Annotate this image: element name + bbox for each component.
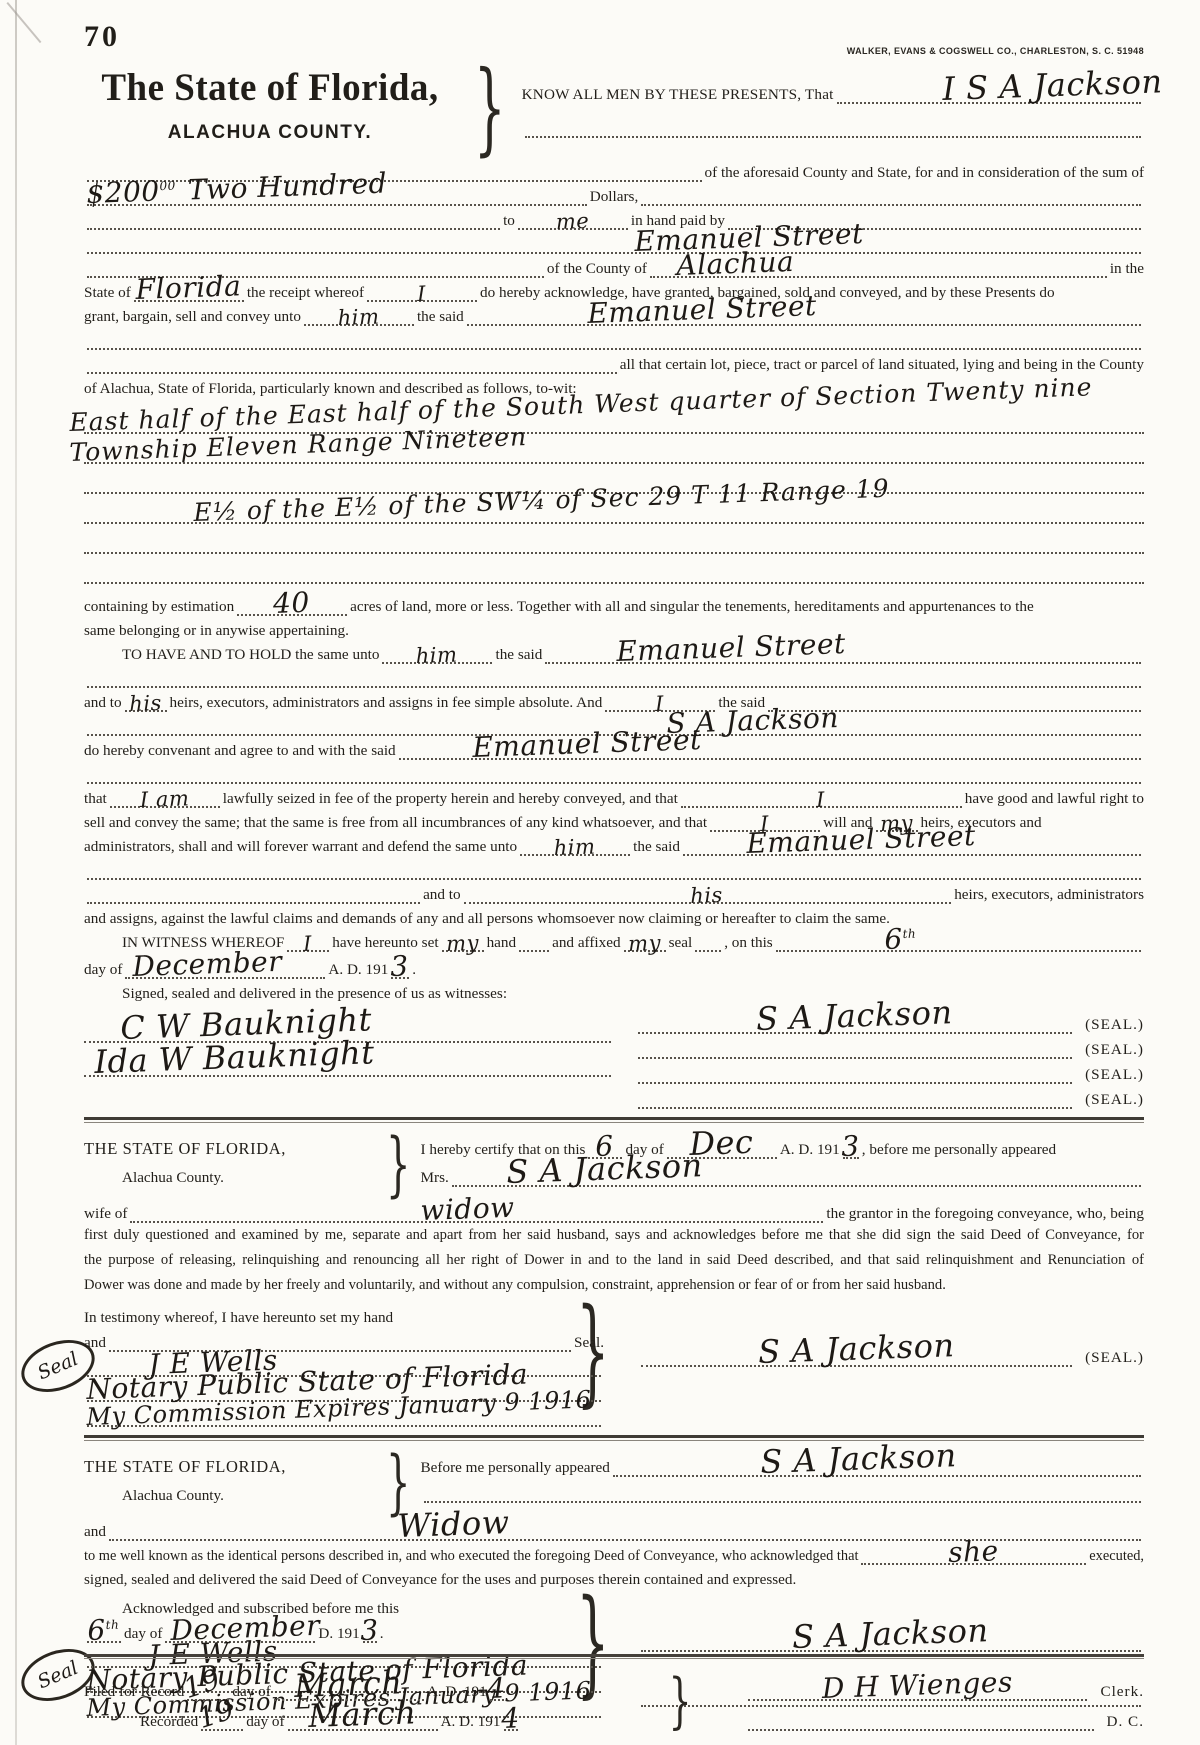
ack-county-label: Alachua County. <box>122 1487 376 1505</box>
belonging-text: same belonging or in anywise appertainin… <box>84 621 349 640</box>
line-known: to me well known as the identical person… <box>84 1541 1144 1565</box>
seal-lines: S A Jackson (SEAL.) (SEAL.) (SEAL.) (SEA… <box>635 1009 1144 1109</box>
dotted-blank: S A Jackson <box>641 1647 1141 1652</box>
seal-circle-text-hw: Seal <box>35 1348 82 1385</box>
deputy-row: D. C. <box>745 1701 1144 1731</box>
acres-hw: 40 <box>273 586 311 620</box>
line-seized: that I am lawfully seized in fee of the … <box>84 784 1144 808</box>
receipt-label: the receipt whereof <box>247 283 364 302</box>
seal-row: S A Jackson (SEAL.) <box>638 1342 1144 1367</box>
opening-clause: KNOW ALL MEN BY THESE PRESENTS, That <box>522 85 834 104</box>
seal-tag: (SEAL.) <box>1075 1349 1144 1367</box>
warrant-text: administrators, shall and will forever w… <box>84 837 517 856</box>
containing-label: containing by estimation <box>84 597 234 616</box>
county-of-label: of the County of <box>547 259 647 278</box>
grantor-name-hw: I S A Jackson <box>942 62 1163 108</box>
mrs-name-hw: S A Jackson <box>506 1146 704 1191</box>
period: . <box>380 1624 384 1643</box>
seal-label: seal <box>669 933 693 952</box>
year-hw: 3 <box>359 1613 378 1647</box>
ack-county-label: Alachua County. <box>122 1169 376 1187</box>
known-text: to me well known as the identical person… <box>84 1547 858 1565</box>
to-label: to <box>503 211 515 230</box>
ad-label: A. D. 191 <box>780 1140 840 1159</box>
executed-label: executed, <box>1089 1547 1144 1565</box>
amount-number-hw: $200 <box>86 174 160 210</box>
record-brace: } <box>668 1671 691 1731</box>
day-of-label: day of <box>246 1712 284 1731</box>
ad-label: A. D. 191 <box>441 1712 501 1731</box>
she-hw: she <box>947 1534 999 1569</box>
month-hw: December <box>132 945 283 983</box>
ack-venue: THE STATE OF FLORIDA, Alachua County. <box>84 1447 376 1517</box>
aforesaid-text: of the aforesaid County and State, for a… <box>705 163 1144 182</box>
appeared-name-hw: S A Jackson <box>759 1436 957 1481</box>
before-label: , before me personally appeared <box>862 1140 1056 1159</box>
masthead-opening: KNOW ALL MEN BY THESE PRESENTS, That I S… <box>522 58 1144 158</box>
line-payer: Emanuel Street <box>84 230 1144 254</box>
covenant-text: do hereby convenant and agree to and wit… <box>84 741 396 760</box>
day-of-label: day of <box>84 960 122 979</box>
witness-signatures: C W Bauknight Ida W Bauknight <box>84 1009 635 1109</box>
filed-label: Filed for Record <box>84 1682 184 1701</box>
grant-label: grant, bargain, sell and convey unto <box>84 307 301 326</box>
presence-text: Signed, sealed and delivered in the pres… <box>122 984 507 1003</box>
recorded-label: Recorded <box>140 1712 198 1731</box>
hand-label: hand <box>487 933 517 952</box>
dotted-blank <box>638 1079 1072 1084</box>
county-hw: Alachua <box>676 245 795 282</box>
and-label: and <box>84 1333 106 1352</box>
year-hw: 3 <box>390 949 409 983</box>
filed-year-hw: 4 <box>486 1671 505 1705</box>
line-all-that: all that certain lot, piece, tract or pa… <box>84 350 1144 374</box>
line-presence: Signed, sealed and delivered in the pres… <box>84 979 1144 1003</box>
testimony-right: S A Jackson (SEAL.) <box>604 1302 1144 1427</box>
seal-row: S A Jackson (SEAL.) <box>635 1009 1144 1034</box>
testimony-text: In testimony whereof, I have hereunto se… <box>84 1308 393 1327</box>
grantor-signature-hw: S A Jackson <box>756 993 954 1038</box>
the-said-label: the said <box>495 645 542 664</box>
line-warrant: administrators, shall and will forever w… <box>84 832 1144 856</box>
affixed-label: and affixed <box>552 933 620 952</box>
ruled-line <box>84 524 1144 554</box>
masthead-titles: The State of Florida, ALACHUA COUNTY. <box>84 58 456 158</box>
sell-text: sell and convey the same; that the same … <box>84 813 707 832</box>
grantor-text: the grantor in the foregoing conveyance,… <box>826 1204 1144 1223</box>
set-label: have hereunto set <box>332 933 438 952</box>
line-grant: grant, bargain, sell and convey unto him… <box>84 302 1144 326</box>
section-divider <box>84 1435 1144 1441</box>
seal-row: (SEAL.) <box>635 1034 1144 1059</box>
page-head: 70 WALKER, EVANS & COGSWELL CO., CHARLES… <box>84 20 1144 56</box>
line-signed: signed, sealed and delivered the said De… <box>84 1565 1144 1589</box>
masthead: The State of Florida, ALACHUA COUNTY. } … <box>84 58 1144 158</box>
claims-text: and assigns, against the lawful claims a… <box>84 909 890 928</box>
line-blank <box>84 664 1144 688</box>
line-county: of the County of Alachua in the <box>84 254 1144 278</box>
ack-venue: THE STATE OF FLORIDA, Alachua County. <box>84 1129 376 1199</box>
grantee-name-hw: Emanuel Street <box>587 289 817 330</box>
line-recorded: Recorded 19 day of March A. D. 191 4 <box>84 1701 661 1731</box>
record-divider <box>84 1654 1144 1659</box>
witness-sig-line: Ida W Bauknight <box>84 1043 611 1077</box>
grantee-name-hw: Emanuel Street <box>616 627 846 668</box>
state-hw: Florida <box>135 269 242 306</box>
acres-text: acres of land, more or less. Together wi… <box>350 597 1034 616</box>
deed-page: 70 WALKER, EVANS & COGSWELL CO., CHARLES… <box>0 0 1200 1745</box>
clerk-signature-hw: D H Wienges <box>821 1665 1013 1705</box>
ad-label: A. D. 191 <box>328 960 388 979</box>
dower-acknowledgment: THE STATE OF FLORIDA, Alachua County. } … <box>84 1129 1144 1427</box>
year-hw: 3 <box>840 1129 859 1163</box>
seal-word: Seal. <box>574 1333 604 1352</box>
dollars-label: Dollars, <box>590 187 639 206</box>
clerk-row: D H Wienges Clerk. <box>745 1671 1144 1701</box>
line-wife-of: wife of widow the grantor in the foregoi… <box>84 1199 1144 1223</box>
testimony-left: } Seal In testimony whereof, I have here… <box>84 1302 604 1427</box>
day-suffix-hw: th <box>903 927 917 941</box>
the-said-label: the said <box>633 837 680 856</box>
seal-row: (SEAL.) <box>635 1084 1144 1109</box>
ack-head: THE STATE OF FLORIDA, Alachua County. } … <box>84 1129 1144 1199</box>
widow-hw: widow <box>420 1191 515 1227</box>
to-have-label: TO HAVE AND TO HOLD the same unto <box>122 645 379 664</box>
ad-label: D. 191 <box>318 1624 359 1643</box>
dotted-blank: March <box>288 1726 438 1731</box>
seized-text: lawfully seized in fee of the property h… <box>223 789 678 808</box>
line-sell: sell and convey the same; that the same … <box>84 808 1144 832</box>
ruled-line <box>84 554 1144 584</box>
grantee-name-hw: Emanuel Street <box>472 723 702 764</box>
dc-label: D. C. <box>1097 1713 1145 1731</box>
ack-brace: } <box>386 1129 411 1199</box>
seal-tag: (SEAL.) <box>1075 1091 1144 1109</box>
signed-text: signed, sealed and delivered the said De… <box>84 1570 796 1589</box>
dotted-blank: 4 <box>504 1726 518 1731</box>
widow-hw: Widow <box>397 1503 510 1545</box>
recorded-year-hw: 4 <box>500 1701 519 1735</box>
line-and-to-heirs: and to his heirs, executors, administrat… <box>84 880 1144 904</box>
seal-tag: (SEAL.) <box>1075 1041 1144 1059</box>
seal-tag: (SEAL.) <box>1075 1016 1144 1034</box>
ack-state-label: THE STATE OF FLORIDA, <box>84 1139 376 1159</box>
testimony-block: } Seal In testimony whereof, I have here… <box>84 1302 1144 1427</box>
signature-row: S A Jackson <box>638 1627 1144 1652</box>
before-label: Before me personally appeared <box>421 1458 610 1477</box>
masthead-brace: } <box>474 58 506 158</box>
that-label: that <box>84 789 107 808</box>
line-blank <box>84 856 1144 880</box>
line-heirs: and to his heirs, executors, administrat… <box>84 688 1144 712</box>
dotted-blank: D H Wienges <box>748 1696 1088 1701</box>
seal-circle-text-hw: Seal <box>35 1657 82 1694</box>
line-belonging: same belonging or in anywise appertainin… <box>84 616 1144 640</box>
heirs-text: heirs, executors, administrators and ass… <box>170 693 603 712</box>
wife-of-label: wife of <box>84 1204 127 1223</box>
dotted-blank: 19 <box>201 1726 243 1731</box>
seal-row: (SEAL.) <box>635 1059 1144 1084</box>
record-body: Filed for Record 19 day of March A. D. 1… <box>84 1671 1144 1731</box>
section-divider <box>84 1117 1144 1123</box>
record-dates: Filed for Record 19 day of March A. D. 1… <box>84 1671 699 1731</box>
day-number-hw: 6 <box>884 922 903 956</box>
dower-paragraph-3: Dower was done and made by her freely an… <box>84 1273 1144 1298</box>
recorded-month-hw: March <box>307 1693 416 1735</box>
dower-paragraph-2: the purpose of releasing, relinquishing … <box>84 1248 1144 1273</box>
the-said-label: the said <box>417 307 464 326</box>
land-description: East half of the East half of the South … <box>84 404 1144 584</box>
and-to-label: and to <box>423 885 461 904</box>
dotted-blank: S A Jackson <box>641 1362 1072 1367</box>
dotted-blank <box>525 133 1141 138</box>
line-to-have: TO HAVE AND TO HOLD the same unto him th… <box>84 640 1144 664</box>
day-suffix-hw: th <box>105 1618 119 1632</box>
page-number: 70 <box>84 20 120 54</box>
clerk-label: Clerk. <box>1090 1683 1144 1701</box>
dotted-blank: S A Jackson <box>638 1029 1072 1034</box>
ad-label: A. D. 191 <box>427 1682 487 1701</box>
grantee-name-hw: Emanuel Street <box>746 819 976 860</box>
ack-appeared: Before me personally appeared S A Jackso… <box>421 1447 1144 1517</box>
printer-mark: WALKER, EVANS & COGSWELL CO., CHARLESTON… <box>847 46 1144 56</box>
dotted-blank <box>638 1104 1072 1109</box>
line-paid-by: to me in hand paid by <box>84 206 1144 230</box>
line-containing: containing by estimation 40 acres of lan… <box>84 592 1144 616</box>
dotted-blank: My Commission Expires January 9 1916 <box>87 1422 601 1427</box>
in-the-label: in the <box>1110 259 1144 278</box>
record-officials: D H Wienges Clerk. D. C. <box>699 1671 1144 1731</box>
signature-block: C W Bauknight Ida W Bauknight S A Jackso… <box>84 1009 1144 1109</box>
heirs-text: heirs, executors, administrators <box>954 885 1144 904</box>
county-title: ALACHUA COUNTY. <box>84 122 456 144</box>
grantor-signature-hw: S A Jackson <box>757 1326 955 1371</box>
dotted-blank <box>638 1054 1072 1059</box>
line-amount: $20000Two Hundred Dollars, <box>84 182 1144 206</box>
and-to-label: and to <box>84 693 122 712</box>
ruled-line: Township Eleven Range Nineteen <box>84 434 1144 464</box>
line-claims: and assigns, against the lawful claims a… <box>84 904 1144 928</box>
day-hw: 6th <box>884 922 917 956</box>
dotted-blank <box>424 1498 1141 1503</box>
state-of-label: State of <box>84 283 131 302</box>
line-blank <box>84 326 1144 350</box>
on-this-label: , on this <box>724 933 773 952</box>
dotted-blank: widow <box>130 1218 823 1223</box>
ruled-line: E½ of the E½ of the SW¼ of Sec 29 T 11 R… <box>84 494 1144 524</box>
and-label: and <box>84 1522 106 1541</box>
lawful-right-text: have good and lawful right to <box>965 789 1144 808</box>
amount-cents-hw: 00 <box>159 179 176 194</box>
period: . <box>412 960 416 979</box>
record-block: Filed for Record 19 day of March A. D. 1… <box>84 1654 1144 1731</box>
all-that-text: all that certain lot, piece, tract or pa… <box>620 355 1144 374</box>
line-witness-date: day of December A. D. 191 3 . <box>84 952 1144 979</box>
ruled-line: East half of the East half of the South … <box>84 404 1144 434</box>
dower-paragraph-1: first duly questioned and examined by me… <box>84 1223 1144 1248</box>
day-number-hw: 6 <box>87 1613 106 1647</box>
day-of-label: day of <box>232 1682 270 1701</box>
ack-head: THE STATE OF FLORIDA, Alachua County. } … <box>84 1447 1144 1517</box>
amount-words-hw: Two Hundred <box>187 167 387 207</box>
state-title: The State of Florida, <box>84 64 456 110</box>
ack-certify: I hereby certify that on this 6 day of D… <box>421 1129 1144 1199</box>
line-blank <box>84 760 1144 784</box>
line-covenant: do hereby convenant and agree to and wit… <box>84 736 1144 760</box>
deed-content: 70 WALKER, EVANS & COGSWELL CO., CHARLES… <box>0 0 1200 1718</box>
seal-tag: (SEAL.) <box>1075 1066 1144 1084</box>
grantor-signature-hw: S A Jackson <box>791 1611 989 1656</box>
day-hw: 6th <box>87 1613 120 1647</box>
dotted-blank: S A Jackson <box>452 1182 1141 1187</box>
dotted-blank <box>748 1726 1094 1731</box>
ack-state-label: THE STATE OF FLORIDA, <box>84 1457 376 1477</box>
mrs-label: Mrs. <box>421 1168 449 1187</box>
